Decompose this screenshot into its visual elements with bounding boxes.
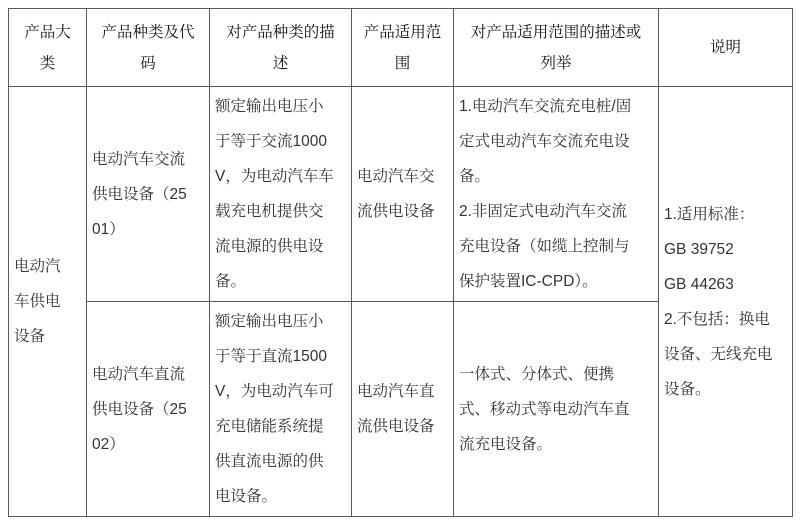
cell-scope-dc: 电动汽车直 流供电设备	[352, 302, 454, 517]
cell-scope-description-ac: 1.电动汽车交流充电桩/固 定式电动汽车交流充电设 备。 2.非固定式电动汽车交…	[454, 87, 659, 302]
cell-type-code-ac: 电动汽车交流 供电设备（25 01）	[87, 87, 210, 302]
cell-type-code-dc: 电动汽车直流 供电设备（25 02）	[87, 302, 210, 517]
header-notes: 说明	[659, 9, 793, 87]
header-scope-description: 对产品适用范围的描述或 列举	[454, 9, 659, 87]
cell-scope-description-dc: 一体式、分体式、便携 式、移动式等电动汽车直 流充电设备。	[454, 302, 659, 517]
cell-major-category: 电动汽 车供电 设备	[9, 87, 87, 517]
header-product-type-and-code: 产品种类及代 码	[87, 9, 210, 87]
header-type-description: 对产品种类的描 述	[210, 9, 352, 87]
cell-notes: 1.适用标准： GB 39752 GB 44263 2.不包括：换电 设备、无线…	[659, 87, 793, 517]
cell-type-description-ac: 额定输出电压小 于等于交流1000 V，为电动汽车车 载充电机提供交 流电源的供…	[210, 87, 352, 302]
header-product-major-category: 产品大 类	[9, 9, 87, 87]
cell-scope-ac: 电动汽车交 流供电设备	[352, 87, 454, 302]
table-header-row: 产品大 类 产品种类及代 码 对产品种类的描 述 产品适用范 围 对产品适用范围…	[9, 9, 793, 87]
table-row: 电动汽 车供电 设备 电动汽车交流 供电设备（25 01） 额定输出电压小 于等…	[9, 87, 793, 302]
document-page: 产品大 类 产品种类及代 码 对产品种类的描 述 产品适用范 围 对产品适用范围…	[0, 0, 800, 525]
header-applicable-scope: 产品适用范 围	[352, 9, 454, 87]
cell-type-description-dc: 额定输出电压小 于等于直流1500 V，为电动汽车可 充电储能系统提 供直流电源…	[210, 302, 352, 517]
product-classification-table: 产品大 类 产品种类及代 码 对产品种类的描 述 产品适用范 围 对产品适用范围…	[8, 8, 793, 517]
